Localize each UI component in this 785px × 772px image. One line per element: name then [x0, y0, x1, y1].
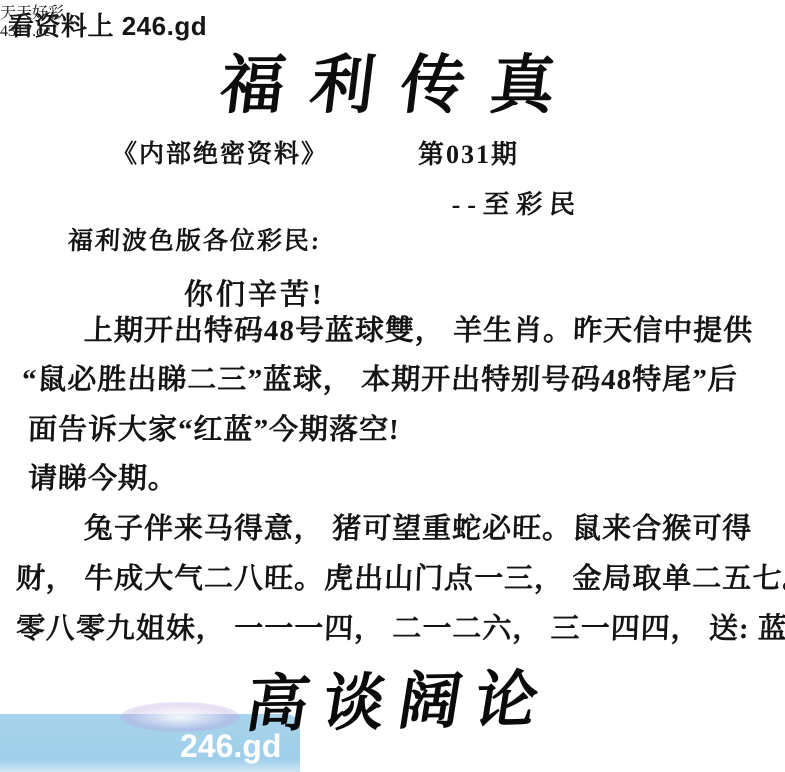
page-title: 福利传真 [0, 34, 785, 126]
closing-calligraphy: 高谈阔论 [240, 649, 559, 743]
source-label: 《内部绝密资料》 [112, 134, 328, 170]
letter-line-7: 零八零九姐妹， 一一一四， 二一二六， 三一四四， 送: 蓝绿 [15, 606, 785, 647]
issue-number: 第031期 [418, 134, 519, 171]
letter-salutation: 福利波色版各位彩民: [67, 221, 322, 257]
dedication-line: --至彩民 [451, 184, 584, 221]
letter-line-5: 兔子伴来马得意， 猪可望重蛇必旺。鼠来合猴可得 [83, 506, 753, 547]
letter-line-1: 上期开出特码48号蓝球雙， 羊生肖。昨天信中提供 [83, 308, 754, 349]
letter-line-6: 财， 牛成大气二八旺。虎出山门点一三， 金局取单二五七。 [15, 556, 785, 597]
letter-line-3: 面告诉大家“红蓝”今期落空! [27, 407, 400, 448]
lottery-fax-sheet: 看资料上 246.gd 福利传真 《内部绝密资料》 第031期 --至彩民 福利… [0, 0, 785, 772]
letter-greeting: 你们辛苦! [184, 272, 325, 313]
letter-line-4: 请睇今期。 [27, 456, 178, 497]
letter-line-2: “鼠必胜出睇二三”蓝球， 本期开出特别号码48特尾”后 [21, 357, 738, 398]
